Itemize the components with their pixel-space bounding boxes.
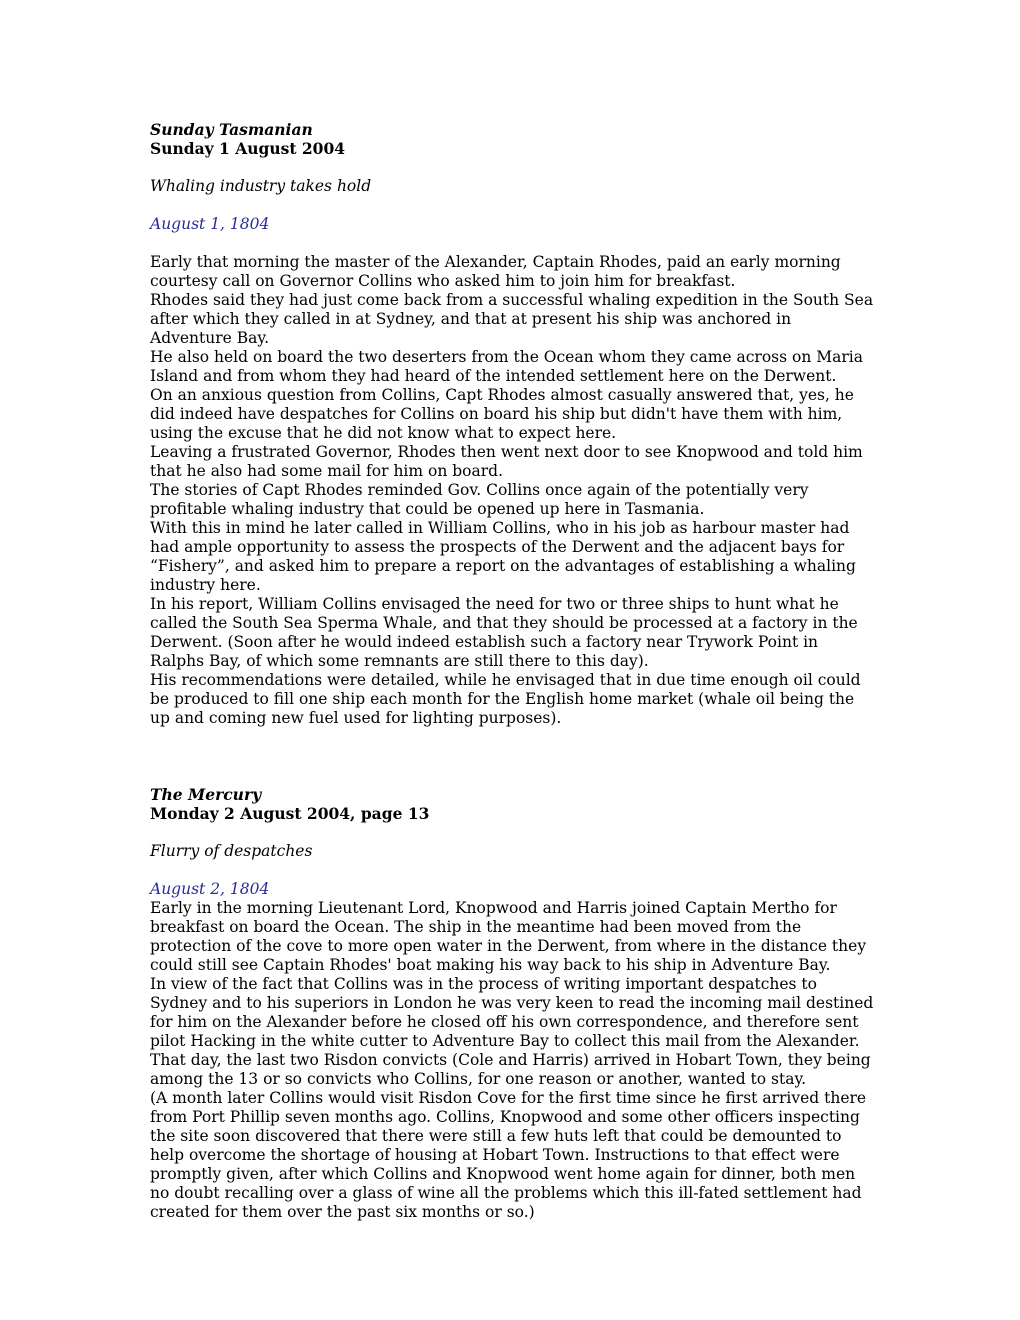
article-pub-date: Sunday 1 August 2004 xyxy=(150,139,874,158)
article-paragraph: Early in the morning Lieutenant Lord, Kn… xyxy=(150,899,874,975)
article-source: The Mercury xyxy=(150,785,874,804)
article-headline: Flurry of despatches xyxy=(150,842,874,861)
article-paragraph: In view of the fact that Collins was in … xyxy=(150,975,874,1051)
article-historic-date: August 2, 1804 xyxy=(150,880,874,899)
article-the-mercury: The Mercury Monday 2 August 2004, page 1… xyxy=(150,785,874,1222)
article-paragraph: Early that morning the master of the Ale… xyxy=(150,253,874,291)
article-paragraph: Leaving a frustrated Governor, Rhodes th… xyxy=(150,443,874,481)
document-page: Sunday Tasmanian Sunday 1 August 2004 Wh… xyxy=(0,0,1020,1320)
article-historic-date: August 1, 1804 xyxy=(150,215,874,234)
article-paragraph: (A month later Collins would visit Risdo… xyxy=(150,1089,874,1222)
article-paragraph: His recommendations were detailed, while… xyxy=(150,671,874,728)
article-pub-date: Monday 2 August 2004, page 13 xyxy=(150,804,874,823)
article-paragraph: With this in mind he later called in Wil… xyxy=(150,519,874,595)
article-paragraph: In his report, William Collins envisaged… xyxy=(150,595,874,671)
document-content: Sunday Tasmanian Sunday 1 August 2004 Wh… xyxy=(150,120,874,1222)
article-sunday-tasmanian: Sunday Tasmanian Sunday 1 August 2004 Wh… xyxy=(150,120,874,728)
article-source: Sunday Tasmanian xyxy=(150,120,874,139)
article-paragraph: Rhodes said they had just come back from… xyxy=(150,291,874,348)
article-paragraph: He also held on board the two deserters … xyxy=(150,348,874,386)
article-paragraph: The stories of Capt Rhodes reminded Gov.… xyxy=(150,481,874,519)
article-paragraph: On an anxious question from Collins, Cap… xyxy=(150,386,874,443)
article-paragraph: That day, the last two Risdon convicts (… xyxy=(150,1051,874,1089)
article-headline: Whaling industry takes hold xyxy=(150,177,874,196)
